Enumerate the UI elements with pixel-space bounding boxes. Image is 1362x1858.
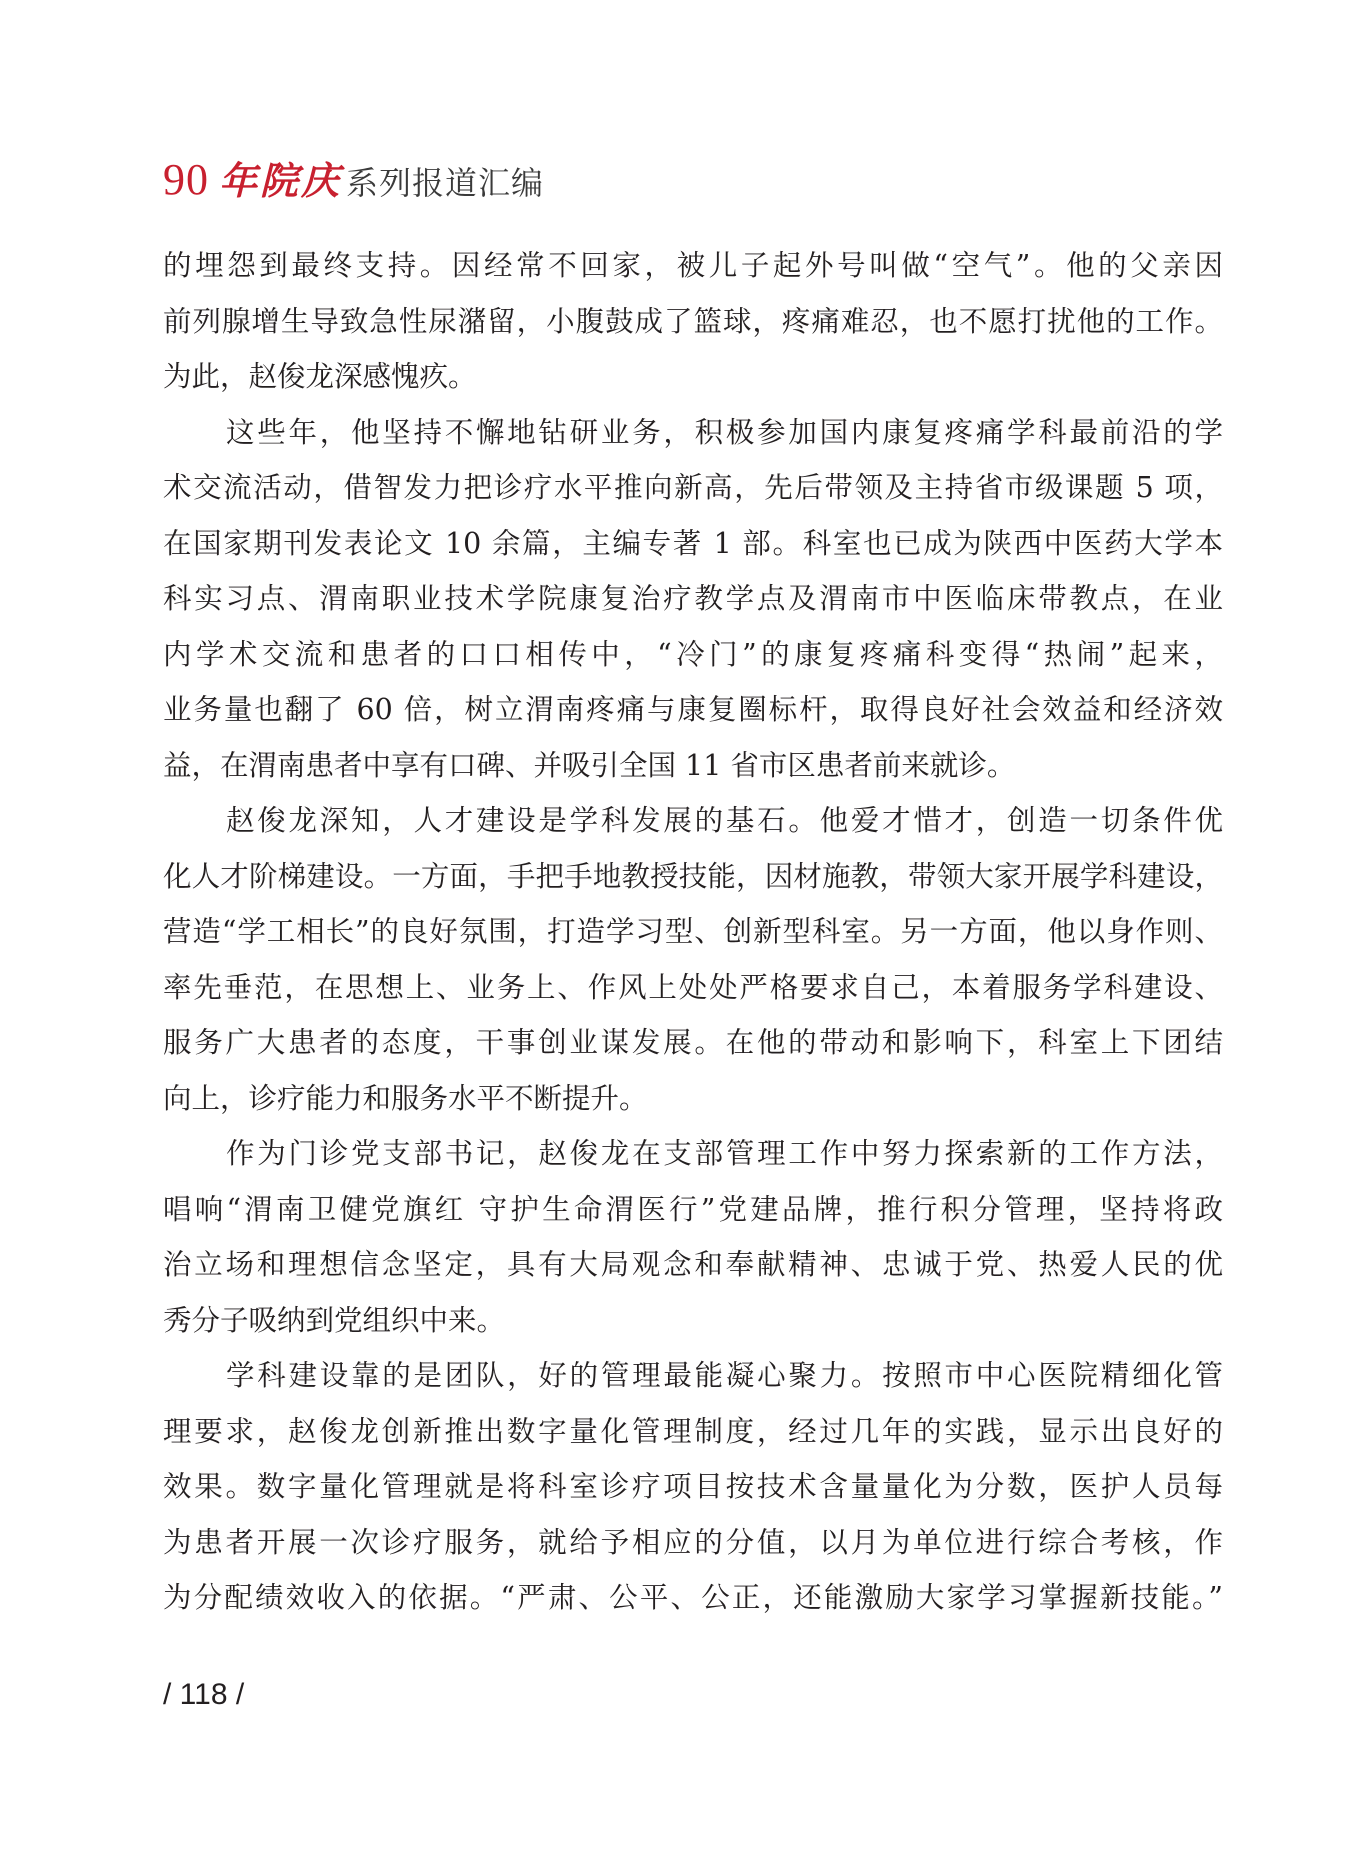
text-line: 前列腺增生导致急性尿潴留，小腹鼓成了篮球，疼痛难忍，也不愿打扰他的工作。	[163, 294, 1223, 350]
paragraph-first-line: 这些年，他坚持不懈地钻研业务，积极参加国内康复疼痛学科最前沿的学	[163, 405, 1223, 461]
text-line: 化人才阶梯建设。一方面，手把手地教授技能，因材施教，带领大家开展学科建设，	[163, 849, 1223, 905]
text-line: 效果。数字量化管理就是将科室诊疗项目按技术含量量化为分数，医护人员每	[163, 1459, 1223, 1515]
text-line: 率先垂范，在思想上、业务上、作风上处处严格要求自己，本着服务学科建设、	[163, 960, 1223, 1016]
text-line: 术交流活动，借智发力把诊疗水平推向新高，先后带领及主持省市级课题 5 项，	[163, 460, 1223, 516]
paragraph-first-line: 作为门诊党支部书记，赵俊龙在支部管理工作中努力探索新的工作方法，	[163, 1126, 1223, 1182]
text-line: 为此，赵俊龙深感愧疚。	[163, 349, 1223, 405]
text-line: 内学术交流和患者的口口相传中，“冷门”的康复疼痛科变得“热闹”起来，	[163, 627, 1223, 683]
text-line: 理要求，赵俊龙创新推出数字量化管理制度，经过几年的实践，显示出良好的	[163, 1404, 1223, 1460]
text-line: 营造“学工相长”的良好氛围，打造学习型、创新型科室。另一方面，他以身作则、	[163, 904, 1223, 960]
text-line: 益，在渭南患者中享有口碑、并吸引全国 11 省市区患者前来就诊。	[163, 738, 1223, 794]
header-anniversary-number: 90	[163, 154, 209, 205]
text-line: 科实习点、渭南职业技术学院康复治疗教学点及渭南市中医临床带教点，在业	[163, 571, 1223, 627]
paragraph-first-line: 学科建设靠的是团队，好的管理最能凝心聚力。按照市中心医院精细化管	[163, 1348, 1223, 1404]
text-line: 秀分子吸纳到党组织中来。	[163, 1293, 1223, 1349]
text-line: 的埋怨到最终支持。因经常不回家，被儿子起外号叫做“空气”。他的父亲因	[163, 238, 1223, 294]
text-line: 治立场和理想信念坚定，具有大局观念和奉献精神、忠诚于党、热爱人民的优	[163, 1237, 1223, 1293]
text-line: 唱响“渭南卫健党旗红 守护生命渭医行”党建品牌，推行积分管理，坚持将政	[163, 1182, 1223, 1238]
text-line: 服务广大患者的态度，干事创业谋发展。在他的带动和影响下，科室上下团结	[163, 1015, 1223, 1071]
paragraph-first-line: 赵俊龙深知，人才建设是学科发展的基石。他爱才惜才，创造一切条件优	[163, 793, 1223, 849]
text-line: 为患者开展一次诊疗服务，就给予相应的分值，以月为单位进行综合考核，作	[163, 1515, 1223, 1571]
page-number: / 118 /	[163, 1678, 244, 1712]
text-line: 在国家期刊发表论文 10 余篇，主编专著 1 部。科室也已成为陕西中医药大学本	[163, 516, 1223, 572]
article-body: 的埋怨到最终支持。因经常不回家，被儿子起外号叫做“空气”。他的父亲因前列腺增生导…	[163, 238, 1223, 1626]
text-line: 向上，诊疗能力和服务水平不断提升。	[163, 1071, 1223, 1127]
page-header: 90 年院庆 系列报道汇编	[163, 150, 544, 205]
text-line: 为分配绩效收入的依据。“严肃、公平、公正，还能激励大家学习掌握新技能。”	[163, 1570, 1223, 1626]
header-subtitle: 系列报道汇编	[346, 158, 544, 204]
header-calligraphy-title: 年院庆	[219, 150, 342, 205]
text-line: 业务量也翻了 60 倍，树立渭南疼痛与康复圈标杆，取得良好社会效益和经济效	[163, 682, 1223, 738]
